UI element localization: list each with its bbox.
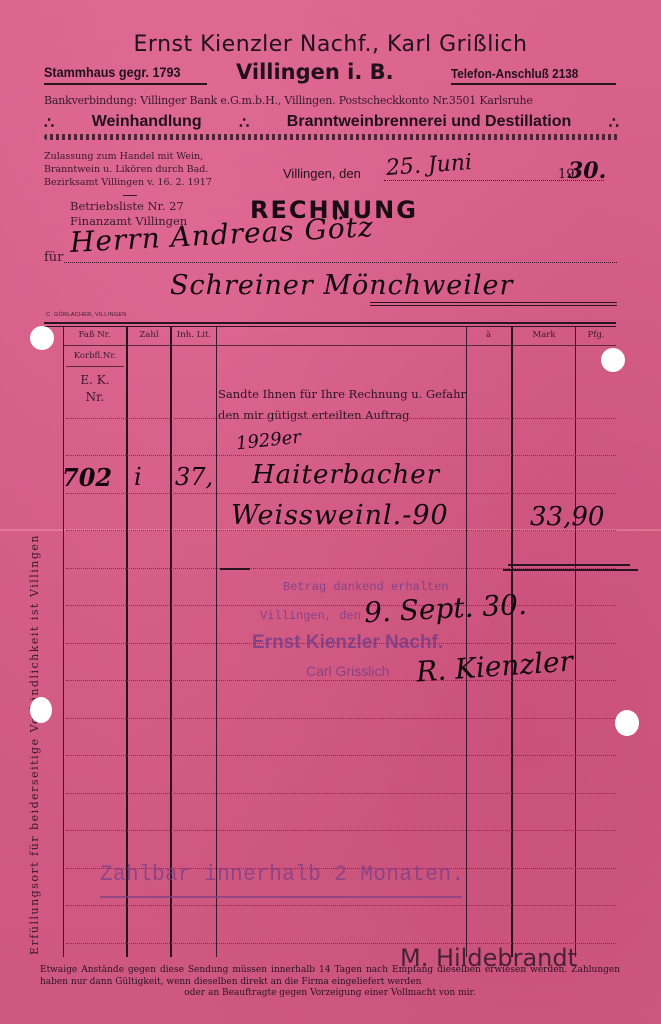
- column-divider: [63, 327, 64, 957]
- divider: [370, 305, 617, 306]
- ornament-icon: ∴: [44, 113, 54, 133]
- column-header-mark: Mark: [513, 330, 575, 340]
- punch-hole: [30, 326, 54, 350]
- column-divider: [575, 327, 576, 957]
- table-row: [66, 793, 616, 794]
- ornament-icon: ∴: [239, 113, 249, 133]
- recipient-address: Schreiner Mönchweiler: [170, 270, 513, 301]
- firm-city: Villingen i. B.: [236, 60, 394, 84]
- table-row: [66, 718, 616, 719]
- paid-stamp-owner: Carl Grisslich: [306, 663, 389, 679]
- total-underline: [503, 569, 638, 571]
- korbfl-label: Korbfl.Nr.: [66, 351, 124, 361]
- column-header-fass: Faß Nr.: [63, 330, 126, 340]
- table-row: [66, 830, 616, 831]
- invoice-preamble: Sandte Ihnen für Ihre Rechnung u. Gefahr…: [218, 384, 466, 426]
- license-line: Zulassung zum Handel mit Wein,: [44, 150, 212, 163]
- table-header-rule: [63, 345, 616, 346]
- ek-label: E. K. Nr.: [66, 372, 124, 406]
- footer-line: Etwaige Anstände gegen diese Sendung müs…: [40, 965, 620, 988]
- wavy-divider: [44, 134, 619, 140]
- table-row: [66, 455, 616, 456]
- register-number: Betriebsliste Nr. 27: [70, 199, 187, 214]
- table-row: [66, 605, 616, 606]
- ornament-icon: ∴: [609, 113, 619, 133]
- table-row: [66, 905, 616, 906]
- unit-entry: i: [134, 463, 142, 491]
- phone-number: Telefon-Anschluß 2138: [451, 66, 578, 81]
- paid-stamp-line: Betrag dankend erhalten: [283, 580, 449, 594]
- column-header-zahl: Zahl: [128, 330, 170, 340]
- column-header-a: à: [466, 330, 511, 340]
- table-top-rule: [44, 322, 616, 324]
- total-underline: [508, 564, 630, 566]
- footer-line: oder an Beauftragte gegen Vorzeigung ein…: [40, 988, 620, 1000]
- trade-line: ∴ Weinhandlung ∴ Branntweinbrennerei und…: [44, 113, 619, 133]
- divider: [370, 302, 617, 303]
- table-row: [66, 418, 616, 419]
- bank-details: Bankverbindung: Villinger Bank e.G.m.b.H…: [44, 94, 619, 107]
- founded-note: Stammhaus gegr. 1793: [44, 64, 181, 80]
- recipient-field-line: [64, 262, 617, 263]
- jurisdiction-note: Erfüllungsort für beiderseitige Verbindl…: [28, 534, 41, 955]
- date-label: Villingen, den: [283, 166, 361, 181]
- ek-line: E. K.: [66, 372, 124, 389]
- trade-wine: Weinhandlung: [92, 113, 202, 133]
- footer-terms: Etwaige Anstände gegen diese Sendung müs…: [40, 965, 620, 1000]
- divider: [123, 195, 137, 196]
- column-header-pfg: Pfg.: [575, 330, 617, 340]
- divider: [44, 83, 207, 85]
- punch-hole: [30, 697, 52, 723]
- table-row: [66, 755, 616, 756]
- firm-name: Ernst Kienzler Nachf., Karl Grißlich: [0, 32, 661, 57]
- liters-entry: 37,: [175, 463, 213, 491]
- ek-line: Nr.: [66, 389, 124, 406]
- column-divider: [511, 327, 513, 957]
- license-line: Bezirksamt Villingen v. 16. 2. 1917: [44, 176, 212, 189]
- license-line: Branntwein u. Likören durch Bad.: [44, 163, 212, 176]
- license-note: Zulassung zum Handel mit Wein, Branntwei…: [44, 150, 212, 189]
- year-handwritten: 30.: [568, 158, 606, 184]
- amount-total: 33,90: [530, 502, 604, 532]
- divider: [66, 366, 124, 367]
- underline: [220, 568, 250, 570]
- item-origin: Haiterbacher: [252, 460, 440, 490]
- column-header-inhalt: Inh. Lit.: [172, 330, 216, 340]
- divider: [451, 83, 616, 85]
- stamp-underline: [100, 896, 462, 898]
- quantity-entry: 702: [62, 463, 112, 492]
- printer-imprint: C. GÖRLACHER, VILLINGEN: [46, 312, 127, 318]
- paid-stamp-firm: Ernst Kienzler Nachf.: [252, 632, 443, 654]
- punch-hole: [615, 710, 639, 736]
- recipient-label: für: [44, 250, 63, 265]
- item-description: Weissweinl.-90: [231, 500, 449, 531]
- punch-hole: [601, 348, 625, 372]
- trade-distillery: Branntweinbrennerei und Destillation: [287, 113, 571, 133]
- table-top-rule: [44, 326, 616, 327]
- column-divider: [466, 327, 467, 957]
- paid-stamp-line: Villingen, den: [260, 609, 361, 623]
- table-row: [66, 493, 616, 494]
- payment-terms-stamp: Zahlbar innerhalb 2 Monaten.: [100, 862, 464, 887]
